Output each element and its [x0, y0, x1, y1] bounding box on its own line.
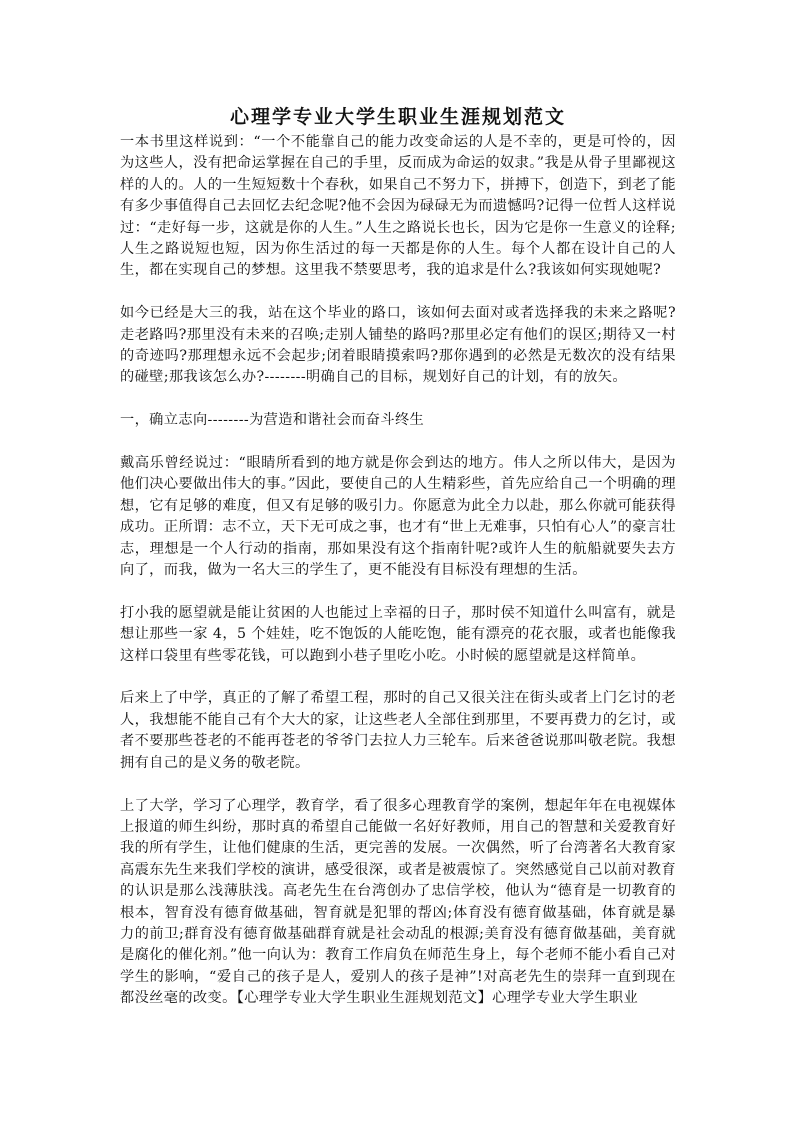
paragraph-future-path: 如今已经是大三的我，站在这个毕业的路口，该如何去面对或者选择我的未来之路呢?走老…: [120, 303, 676, 389]
paragraph-intro: 一本书里这样说到：“一个不能靠自己的能力改变命运的人是不幸的，更是可怜的，因为这…: [120, 132, 676, 282]
paragraph-childhood-wish: 打小我的愿望就是能让贫困的人也能过上幸福的日子，那时侯不知道什么叫富有，就是想让…: [120, 603, 676, 667]
section-heading-establish-ambition: 一，确立志向--------为营造和谐社会而奋斗终生: [120, 410, 676, 431]
document-page: 心理学专业大学生职业生涯规划范文 一本书里这样说到：“一个不能靠自己的能力改变命…: [120, 104, 676, 1031]
paragraph-de-gaulle-quote: 戴高乐曾经说过：“眼睛所看到的地方就是你会到达的地方。伟人之所以伟大，是因为他们…: [120, 453, 676, 581]
document-title: 心理学专业大学生职业生涯规划范文: [120, 104, 676, 130]
paragraph-university: 上了大学，学习了心理学，教育学，看了很多心理教育学的案例，想起年年在电视媒体上报…: [120, 796, 676, 1010]
paragraph-middle-school: 后来上了中学，真正的了解了希望工程，那时的自己又很关注在街头或者上门乞讨的老人，…: [120, 688, 676, 774]
